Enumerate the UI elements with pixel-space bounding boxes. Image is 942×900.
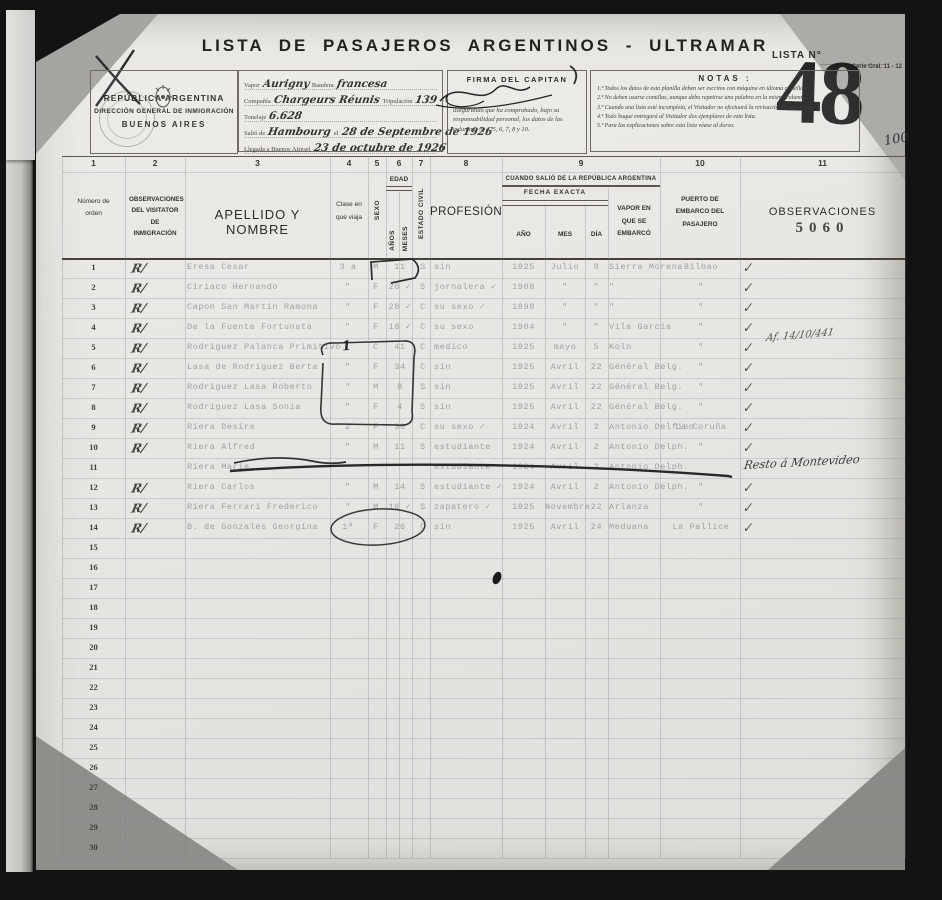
table-row: 20 xyxy=(62,638,905,658)
table-row: 28 xyxy=(62,798,905,818)
grid-hline xyxy=(62,172,905,173)
column-number: 4 xyxy=(330,158,368,171)
ink-blob xyxy=(491,570,503,585)
hand-bracket-row1 xyxy=(371,259,418,283)
header-label: SEXO xyxy=(374,200,381,220)
column-number: 8 xyxy=(430,158,502,171)
column-number: 1 xyxy=(62,158,125,171)
row-number: 20 xyxy=(62,642,125,652)
captain-signature-icon xyxy=(434,77,584,113)
scanned-passenger-list-page: LISTA DE PASAJEROS ARGENTINOS - ULTRAMAR… xyxy=(0,0,942,900)
row-number: 22 xyxy=(62,682,125,692)
row-number: 30 xyxy=(62,842,125,852)
header-dia: DÍA xyxy=(585,201,608,238)
grid-hline xyxy=(62,598,905,599)
row-number: 26 xyxy=(62,762,125,772)
control-number-stamp: 5060 xyxy=(740,220,905,237)
notes-box: NOTAS : 1.ª Todos los datos de esta plan… xyxy=(590,70,860,152)
column-number: 5 xyxy=(368,158,386,171)
column-number: 6 xyxy=(386,158,412,171)
grid-hline xyxy=(502,186,660,187)
field-label: Tripulación xyxy=(382,98,412,105)
strike-line-row11 xyxy=(230,465,732,477)
field-label: Salió de xyxy=(244,130,265,137)
argentina-coat-of-arms-icon xyxy=(154,85,172,109)
header-cuando-salio-group: CUANDO SALIÓ DE LA REPÚBLICA ARGENTINA xyxy=(502,172,660,186)
field-label: el xyxy=(306,146,311,153)
field-value-handwritten: Chargeurs Réunis xyxy=(273,94,381,106)
grid-hline xyxy=(386,190,412,191)
note-item: 4.ª Todo buque entregará al Visitador do… xyxy=(597,113,853,122)
grid-hline xyxy=(62,718,905,719)
column-number: 11 xyxy=(740,158,905,171)
header-label: Número de orden xyxy=(73,196,115,221)
grid-hline xyxy=(62,618,905,619)
header-sexo: SEXO xyxy=(368,172,386,258)
grid-hline xyxy=(62,758,905,759)
field-label: Llegada a Buenos Aires xyxy=(244,146,306,153)
table-row: 29 xyxy=(62,818,905,838)
round-stamp xyxy=(99,91,155,147)
table-row: 21 xyxy=(62,658,905,678)
table-row: 26 xyxy=(62,758,905,778)
field-value-handwritten: Hambourg xyxy=(267,126,332,138)
header-fecha-exacta: FECHA EXACTA xyxy=(502,186,608,201)
header-clase: Clase en que viaja xyxy=(330,172,368,258)
handwritten-page-number: 100 xyxy=(883,130,910,149)
grid-hline xyxy=(62,698,905,699)
header-label: OBSERVACIONES xyxy=(740,172,905,218)
ship-details-box: VaporAurignyBanderafrancesaCompañíaCharg… xyxy=(238,70,443,152)
immigration-office-box: REPÚBLICA ARGENTINA DIRECCIÓN GENERAL DE… xyxy=(90,70,238,154)
header-cuando-salio: CUANDO SALIÓ DE LA REPÚBLICA ARGENTINA F… xyxy=(502,172,660,258)
header-profesion: PROFESIÓN xyxy=(430,172,502,258)
header-mes: MES xyxy=(545,201,585,238)
table-row: 18 xyxy=(62,598,905,618)
field-value-handwritten: 23 de octubre de 1926 xyxy=(313,142,447,154)
row-number: 23 xyxy=(62,702,125,712)
grid-hline xyxy=(62,798,905,799)
ship-detail-line: Llegada a Buenos Airesel23 de octubre de… xyxy=(244,138,437,154)
note-item: 1.ª Todos los datos de esta planilla deb… xyxy=(597,85,853,94)
field-value-handwritten: 6.628 xyxy=(268,110,303,122)
column-number: 2 xyxy=(125,158,185,171)
field-label: Vapor xyxy=(244,82,260,89)
grid-hline xyxy=(62,738,905,739)
header-edad-group: EDAD xyxy=(386,172,412,187)
grid-hline xyxy=(502,205,608,206)
grid-hline xyxy=(62,778,905,779)
header-label: VAPOR EN QUE SE EMBARCÓ xyxy=(612,203,656,240)
grid-hline xyxy=(62,818,905,819)
note-item: 5.ª Para las explicaciones sobre esta li… xyxy=(597,122,853,131)
page-title: LISTA DE PASAJEROS ARGENTINOS - ULTRAMAR xyxy=(180,36,790,56)
row-number: 27 xyxy=(62,782,125,792)
grid-hline xyxy=(62,838,905,839)
table-row: 25 xyxy=(62,738,905,758)
header-apellido-nombre: APELLIDO Y NOMBRE xyxy=(185,172,330,258)
column-number: 9 xyxy=(502,158,660,171)
row-number: 25 xyxy=(62,742,125,752)
row-number: 29 xyxy=(62,822,125,832)
header-numero-orden: Número de orden xyxy=(62,172,125,258)
ship-detail-line: Salió deHambourgel28 de Septembre de 192… xyxy=(244,122,437,138)
header-observaciones-visitador: OBSERVACIONES DEL VISITATOR DE INMIGRACI… xyxy=(125,172,185,258)
table-row: 22 xyxy=(62,678,905,698)
grid-hline xyxy=(62,658,905,659)
column-number: 3 xyxy=(185,158,330,171)
row-number: 19 xyxy=(62,622,125,632)
grid-hline xyxy=(62,638,905,639)
header-observaciones: OBSERVACIONES 5060 xyxy=(740,172,905,258)
header-meses: MESES xyxy=(402,226,409,251)
ship-detail-line: VaporAurignyBanderafrancesa xyxy=(244,74,437,90)
grid-hline xyxy=(62,678,905,679)
table-row: 27 xyxy=(62,778,905,798)
header-ano: AÑO xyxy=(502,201,545,238)
header-label: PUERTO DE EMBARCO DEL PASAJERO xyxy=(669,194,731,231)
notes-list: 1.ª Todos los datos de esta planilla deb… xyxy=(597,85,853,131)
header-estado-civil: ESTADO CIVIL xyxy=(412,172,430,258)
note-item: 3.ª Cuando una lista esté incompleta, el… xyxy=(597,104,853,113)
field-label: Bandera xyxy=(312,82,334,89)
ship-detail-line: CompañíaChargeurs RéunisTripulación139 xyxy=(244,90,437,106)
handwritten-class-correction: 1 xyxy=(341,339,352,355)
table-row: 23 xyxy=(62,698,905,718)
strike-scribble-name xyxy=(234,458,346,463)
row-number: 24 xyxy=(62,722,125,732)
ship-detail-line: Tonelaje6.628 xyxy=(244,106,437,122)
header-label: Clase en que viaja xyxy=(334,198,364,224)
row-number: 18 xyxy=(62,602,125,612)
column-number: 7 xyxy=(412,158,430,171)
header-puerto-embarco: PUERTO DE EMBARCO DEL PASAJERO xyxy=(660,172,740,258)
header-anos: AÑOS xyxy=(389,230,396,251)
field-label: Tonelaje xyxy=(244,114,266,121)
table-row: 19 xyxy=(62,618,905,638)
grid-hline xyxy=(62,156,905,157)
row-number: 21 xyxy=(62,662,125,672)
book-binding-tab xyxy=(6,10,35,160)
handwritten-annotations-overlay xyxy=(60,255,920,585)
handwritten-tick-mark xyxy=(566,62,586,88)
row-number: 28 xyxy=(62,802,125,812)
grid-hline xyxy=(62,858,905,859)
field-value-handwritten: Aurigny xyxy=(261,78,310,90)
note-item: 2.ª No deben usarse comillas, aunque deb… xyxy=(597,94,853,103)
column-number: 10 xyxy=(660,158,740,171)
table-row: 30 xyxy=(62,838,905,858)
header-vapor-embarco: VAPOR EN QUE SE EMBARCÓ xyxy=(608,186,660,258)
notes-title: NOTAS : xyxy=(597,74,853,83)
field-label: el xyxy=(334,130,339,137)
field-value-handwritten: francesa xyxy=(336,78,388,90)
hand-circle-row14 xyxy=(330,507,426,548)
table-row: 24 xyxy=(62,718,905,738)
header-label: ESTADO CIVIL xyxy=(418,188,425,239)
hand-loop-rows5-9 xyxy=(321,341,415,425)
field-label: Compañía xyxy=(244,98,271,105)
